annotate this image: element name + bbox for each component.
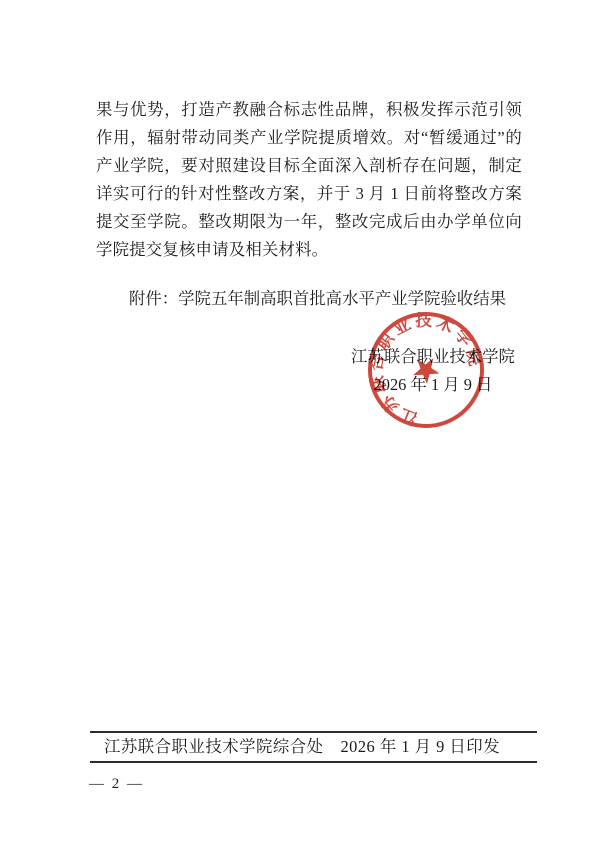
signature-date: 2026 年 1 月 9 日: [348, 371, 518, 399]
signature-org: 江苏联合职业技术学院: [348, 343, 518, 371]
footer-issuer-line: 江苏联合职业技术学院综合处 2026 年 1 月 9 日印发: [104, 736, 537, 758]
page-number: — 2 —: [89, 776, 144, 793]
attachment-line: 附件：学院五年制高职首批高水平产业学院验收结果: [96, 288, 522, 310]
footer-rule-bottom: [90, 761, 537, 763]
body-paragraph: 果与优势，打造产教融合标志性品牌，积极发挥示范引领作用，辐射带动同类产业学院提质…: [96, 96, 522, 264]
footer-rule-top: [90, 731, 537, 733]
signature-block: 江苏联合职业技术学院 2026 年 1 月 9 日: [348, 343, 518, 399]
document-page: 果与优势，打造产教融合标志性品牌，积极发挥示范引领作用，辐射带动同类产业学院提质…: [0, 0, 599, 849]
